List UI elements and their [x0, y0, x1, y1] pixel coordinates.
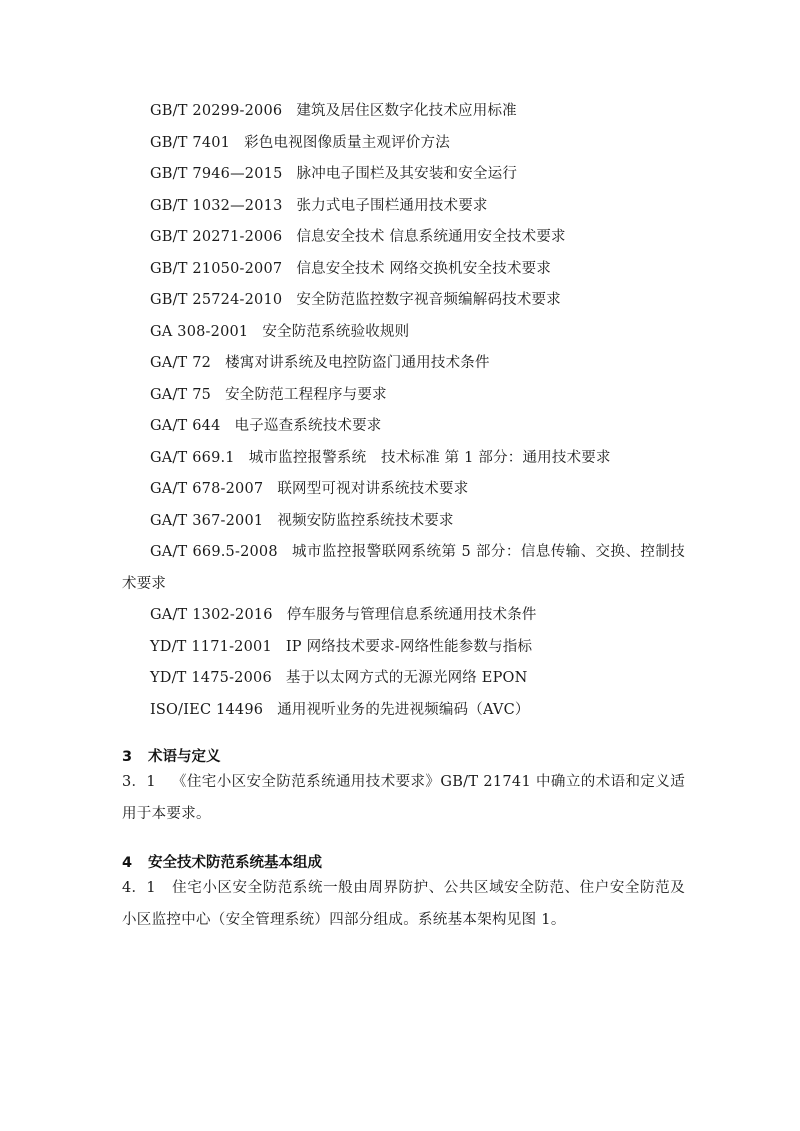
section-heading: 3术语与定义	[122, 747, 685, 767]
reference-code: GA/T 1302-2016	[150, 607, 273, 623]
reference-code: GB/T 25724-2010	[150, 292, 282, 308]
reference-item: GA/T 678-2007联网型可视对讲系统技术要求	[122, 474, 685, 506]
reference-title: 信息安全技术 信息系统通用安全技术要求	[296, 229, 565, 245]
reference-item: GA/T 1302-2016停车服务与管理信息系统通用技术条件	[122, 600, 685, 632]
section-basic-composition: 4安全技术防范系统基本组成 4．1住宅小区安全防范系统一般由周界防护、公共区域安…	[122, 853, 685, 936]
clause-number: 4．1	[122, 873, 156, 905]
reference-title: 张力式电子围栏通用技术要求	[297, 198, 488, 214]
reference-title: 通用视听业务的先进视频编码（AVC）	[277, 702, 529, 718]
section-terms-definitions: 3术语与定义 3．1《住宅小区安全防范系统通用技术要求》GB/T 21741 中…	[122, 747, 685, 830]
reference-title: IP 网络技术要求-网络性能参数与指标	[286, 639, 532, 655]
reference-code: GA/T 72	[150, 355, 211, 371]
reference-item: GA/T 644电子巡查系统技术要求	[122, 411, 685, 443]
reference-item: GB/T 25724-2010安全防范监控数字视音频编解码技术要求	[122, 285, 685, 317]
reference-item: GA/T 367-2001视频安防监控系统技术要求	[122, 506, 685, 538]
clause-paragraph: 4．1住宅小区安全防范系统一般由周界防护、公共区域安全防范、住户安全防范及小区监…	[122, 873, 685, 936]
reference-title: 脉冲电子围栏及其安装和安全运行	[297, 166, 518, 182]
reference-item: GB/T 1032—2013张力式电子围栏通用技术要求	[122, 191, 685, 223]
reference-code: GB/T 21050-2007	[150, 261, 282, 277]
reference-item: GA/T 669.1城市监控报警系统 技术标准 第 1 部分：通用技术要求	[122, 443, 685, 475]
reference-code: GA/T 669.1	[150, 450, 235, 466]
reference-title: 安全防范工程程序与要求	[225, 387, 387, 403]
reference-title: 停车服务与管理信息系统通用技术条件	[287, 607, 537, 623]
reference-item: GB/T 7946—2015脉冲电子围栏及其安装和安全运行	[122, 159, 685, 191]
reference-item: GB/T 7401彩色电视图像质量主观评价方法	[122, 128, 685, 160]
reference-title: 信息安全技术 网络交换机安全技术要求	[296, 261, 551, 277]
reference-code: GA/T 367-2001	[150, 513, 263, 529]
reference-item: GA/T 72楼寓对讲系统及电控防盗门通用技术条件	[122, 348, 685, 380]
reference-code: GB/T 1032—2013	[150, 198, 283, 214]
reference-title: 彩色电视图像质量主观评价方法	[244, 135, 450, 151]
reference-code: GA/T 678-2007	[150, 481, 263, 497]
section-heading: 4安全技术防范系统基本组成	[122, 853, 685, 873]
clause-text: 住宅小区安全防范系统一般由周界防护、公共区域安全防范、住户安全防范及小区监控中心…	[122, 880, 685, 928]
reference-title: 视频安防监控系统技术要求	[277, 513, 453, 529]
clause-text: 《住宅小区安全防范系统通用技术要求》GB/T 21741 中确立的术语和定义适用…	[122, 774, 685, 822]
reference-item: GB/T 21050-2007信息安全技术 网络交换机安全技术要求	[122, 254, 685, 286]
section-title: 术语与定义	[148, 749, 221, 765]
reference-item: YD/T 1171-2001IP 网络技术要求-网络性能参数与指标	[122, 632, 685, 664]
reference-item: GA/T 669.5-2008城市监控报警联网系统第 5 部分：信息传输、交换、…	[122, 537, 685, 600]
reference-code: GA 308-2001	[150, 324, 248, 340]
reference-code: GA/T 644	[150, 418, 221, 434]
reference-item: YD/T 1475-2006基于以太网方式的无源光网络 EPON	[122, 663, 685, 695]
reference-item: GB/T 20299-2006建筑及居住区数字化技术应用标准	[122, 96, 685, 128]
reference-code: GA/T 669.5-2008	[150, 544, 278, 560]
clause-paragraph: 3．1《住宅小区安全防范系统通用技术要求》GB/T 21741 中确立的术语和定…	[122, 767, 685, 830]
reference-code: GB/T 7946—2015	[150, 166, 283, 182]
reference-title: 安全防范监控数字视音频编解码技术要求	[296, 292, 561, 308]
section-title: 安全技术防范系统基本组成	[148, 855, 322, 871]
reference-title: 电子巡查系统技术要求	[235, 418, 382, 434]
section-number: 3	[122, 747, 148, 767]
reference-title: 联网型可视对讲系统技术要求	[277, 481, 468, 497]
reference-code: YD/T 1475-2006	[150, 670, 272, 686]
reference-code: GB/T 20271-2006	[150, 229, 282, 245]
reference-item: GB/T 20271-2006信息安全技术 信息系统通用安全技术要求	[122, 222, 685, 254]
reference-code: ISO/IEC 14496	[150, 702, 263, 718]
reference-code: GB/T 20299-2006	[150, 103, 282, 119]
reference-code: GB/T 7401	[150, 135, 230, 151]
reference-title: 安全防范系统验收规则	[262, 324, 409, 340]
section-number: 4	[122, 853, 148, 873]
reference-item: GA/T 75安全防范工程程序与要求	[122, 380, 685, 412]
clause-number: 3．1	[122, 767, 156, 799]
reference-title: 楼寓对讲系统及电控防盗门通用技术条件	[225, 355, 490, 371]
reference-item: GA 308-2001安全防范系统验收规则	[122, 317, 685, 349]
document-page: GB/T 20299-2006建筑及居住区数字化技术应用标准 GB/T 7401…	[122, 96, 685, 936]
normative-references-list: GB/T 20299-2006建筑及居住区数字化技术应用标准 GB/T 7401…	[122, 96, 685, 726]
reference-item: ISO/IEC 14496通用视听业务的先进视频编码（AVC）	[122, 695, 685, 727]
reference-title: 基于以太网方式的无源光网络 EPON	[286, 670, 528, 686]
reference-title: 建筑及居住区数字化技术应用标准	[296, 103, 517, 119]
reference-code: YD/T 1171-2001	[150, 639, 272, 655]
reference-code: GA/T 75	[150, 387, 211, 403]
reference-title: 城市监控报警系统 技术标准 第 1 部分：通用技术要求	[249, 450, 611, 466]
